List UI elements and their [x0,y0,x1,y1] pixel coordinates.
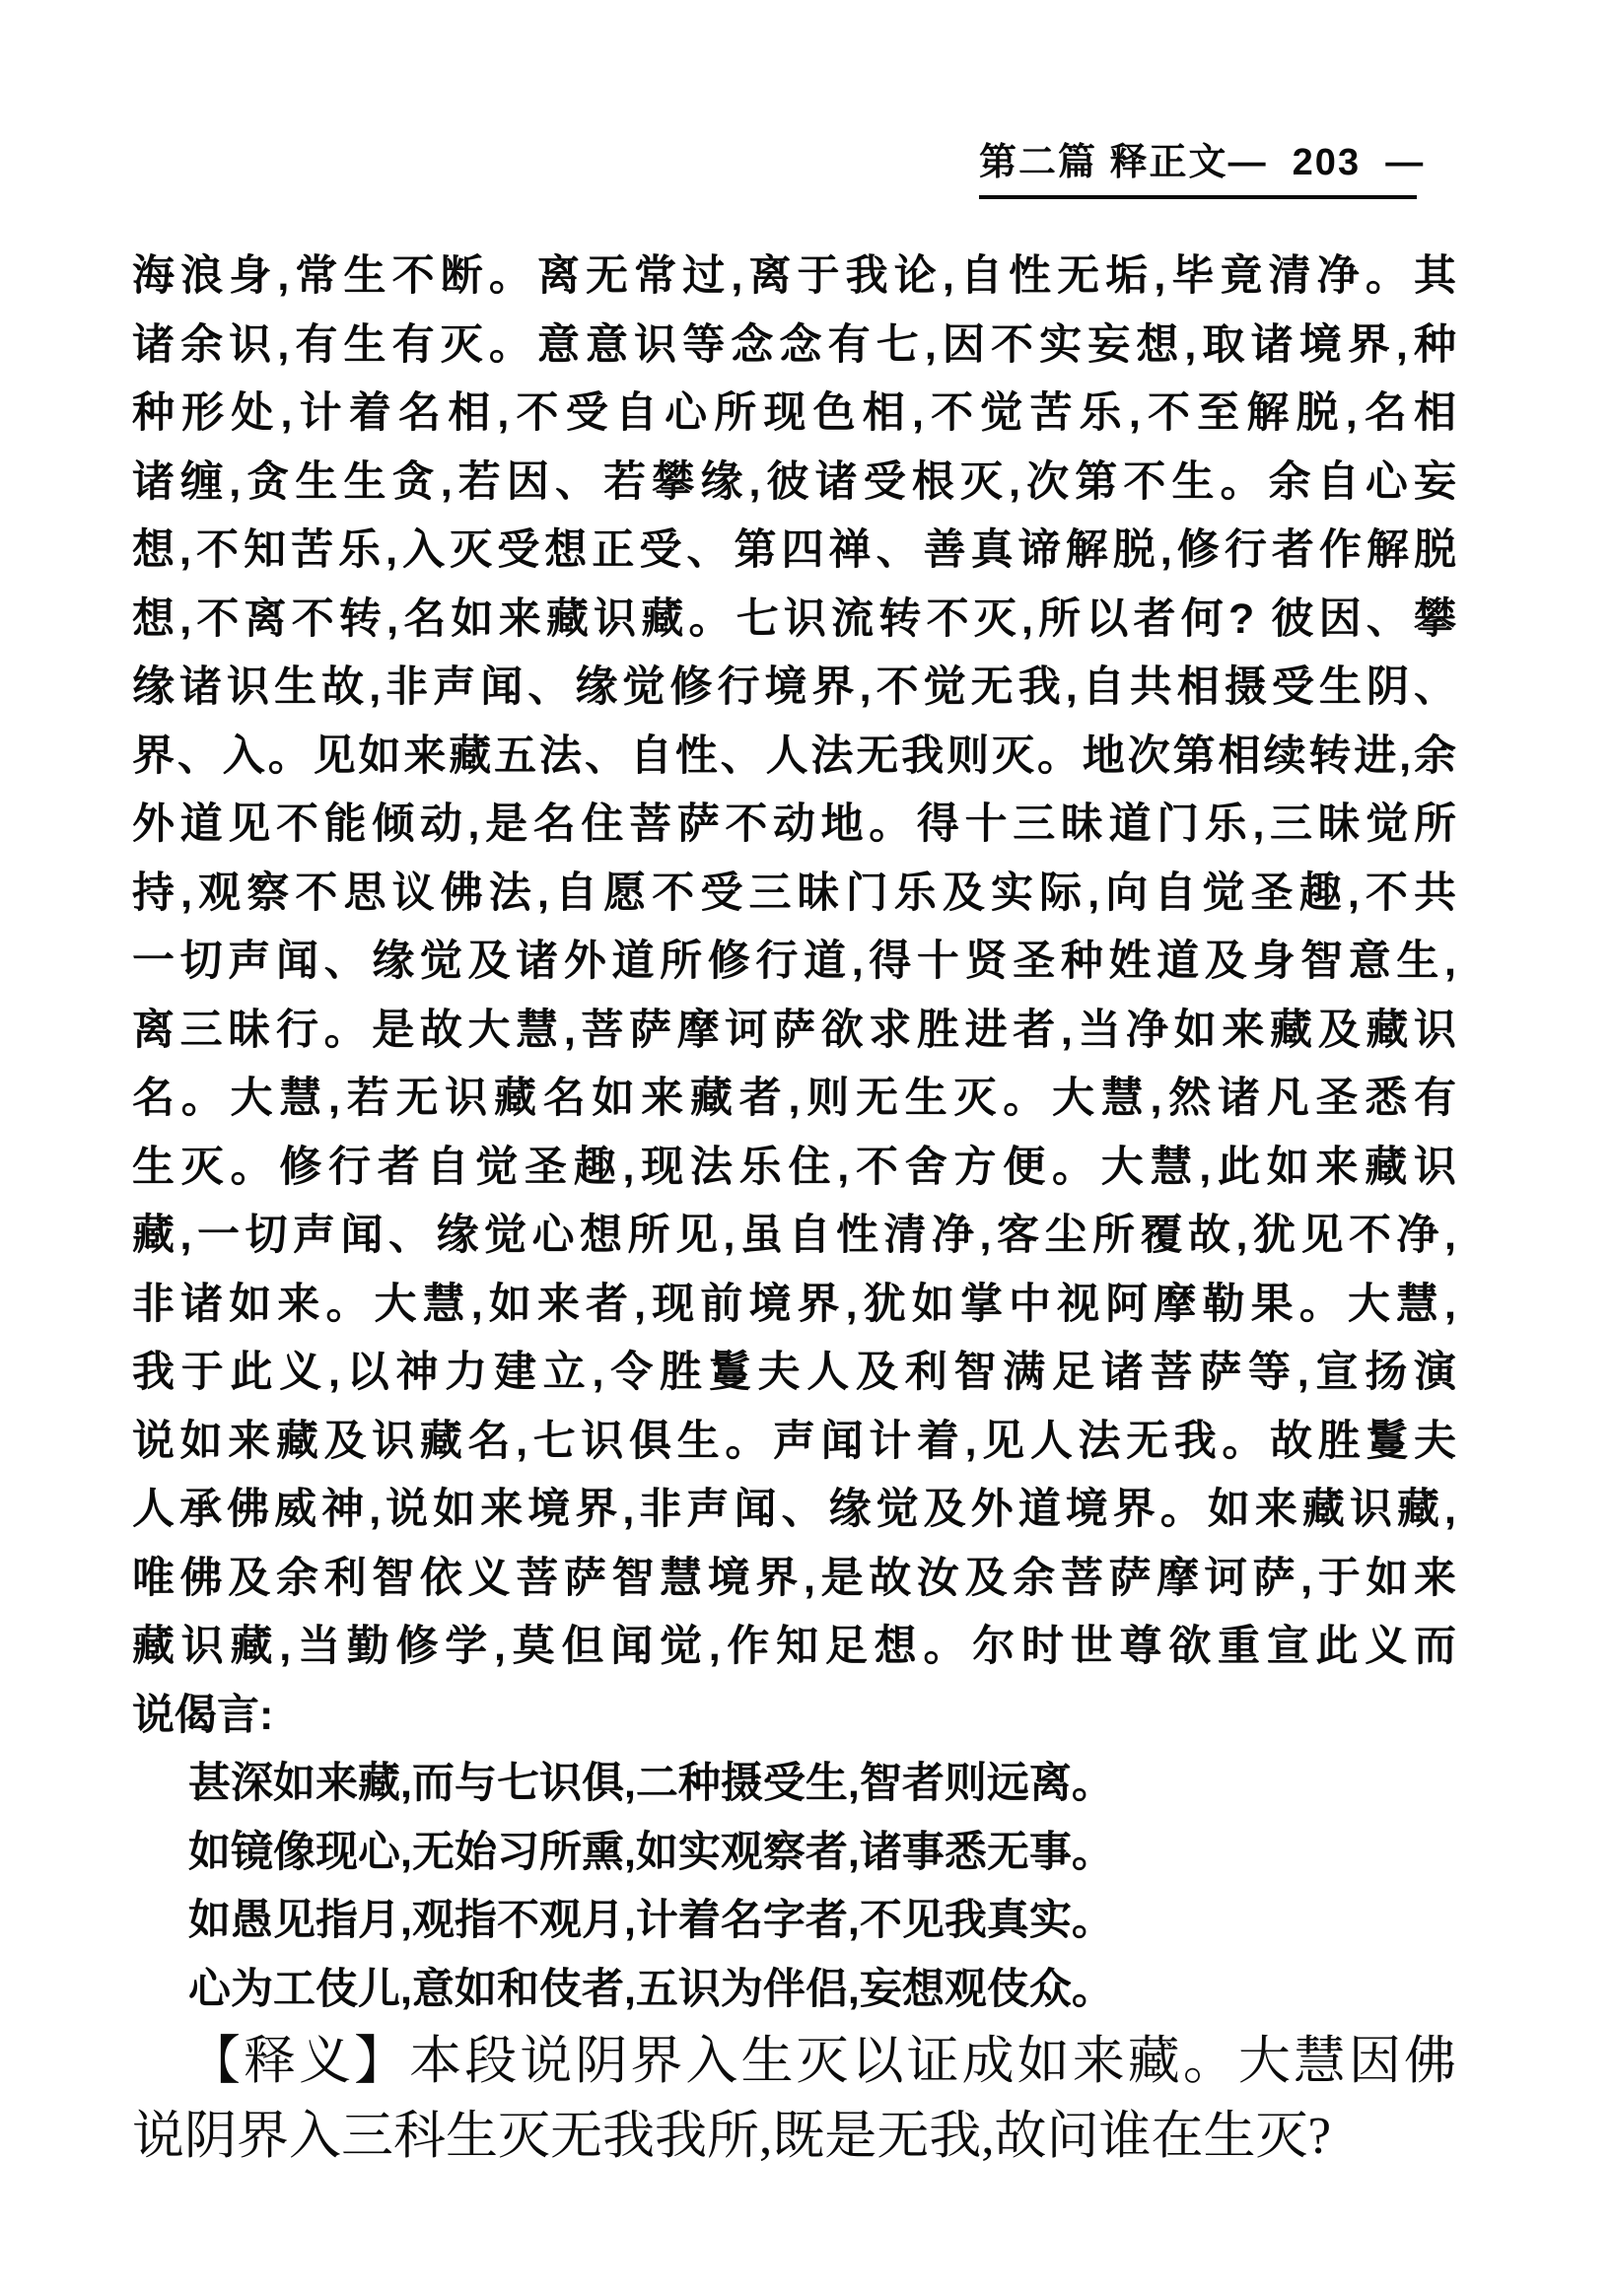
sutra-text-line: 唯佛及余利智依义菩萨智慧境界,是故汝及余菩萨摩诃萨,于如来 [132,1545,1456,1614]
sutra-text-line: 缘诸识生故,非声闻、缘觉修行境界,不觉无我,自共相摄受生阴、 [132,654,1456,723]
sutra-text-line: 一切声闻、缘觉及诸外道所修行道,得十贤圣种姓道及身智意生, [132,928,1456,997]
gatha-verses: 甚深如来藏,而与七识俱,二种摄受生,智者则远离。如镜像现心,无始习所熏,如实观察… [132,1750,1456,2024]
section-title: 第二篇 释正文 [979,131,1228,185]
sutra-paragraph: 海浪身,常生不断。离无常过,离于我论,自性无垢,毕竟清净。其诸余识,有生有灭。意… [132,243,1456,1750]
sutra-text-line: 人承佛威神,说如来境界,非声闻、缘觉及外道境界。如来藏识藏, [132,1476,1456,1545]
sutra-text-line: 名。大慧,若无识藏名如来藏者,则无生灭。大慧,然诸凡圣悉有 [132,1065,1456,1134]
sutra-text-line: 说如来藏及识藏名,七识俱生。声闻计着,见人法无我。故胜鬘夫 [132,1408,1456,1477]
scripture-text-column: 海浪身,常生不断。离无常过,离于我论,自性无垢,毕竟清净。其诸余识,有生有灭。意… [132,243,1456,2174]
sutra-text-line: 种形处,计着名相,不受自心所现色相,不觉苦乐,不至解脱,名相 [132,380,1456,449]
page-header: 第二篇 释正文 — 203 — [979,131,1417,199]
verse-line: 如愚见指月,观指不观月,计着名字者,不见我真实。 [132,1887,1456,1956]
sutra-text-line: 离三昧行。是故大慧,菩萨摩诃萨欲求胜进者,当净如来藏及藏识 [132,997,1456,1066]
sutra-text-line: 藏识藏,当勤修学,莫但闻觉,作知足想。尔时世尊欲重宣此义而 [132,1613,1456,1682]
page-number: — 203 — [1228,142,1426,184]
sutra-text-line: 持,观察不思议佛法,自愿不受三昧门乐及实际,向自觉圣趣,不共 [132,860,1456,929]
verse-line: 心为工伎儿,意如和伎者,五识为伴侣,妄想观伎众。 [132,1956,1456,2025]
sutra-text-line: 诸缠,贪生生贪,若因、若攀缘,彼诸受根灭,次第不生。余自心妄 [132,449,1456,518]
sutra-text-line: 界、入。见如来藏五法、自性、人法无我则灭。地次第相续转进,余 [132,723,1456,792]
verse-line: 如镜像现心,无始习所熏,如实观察者,诸事悉无事。 [132,1819,1456,1888]
sutra-text-line: 海浪身,常生不断。离无常过,离于我论,自性无垢,毕竟清净。其 [132,243,1456,312]
annotation-paragraph: 【释义】本段说阴界入生灭以证成如来藏。大慧因佛说阴界入三科生灭无我我所,既是无我… [132,2024,1456,2174]
sutra-text-line: 诸余识,有生有灭。意意识等念念有七,因不实妄想,取诸境界,种 [132,312,1456,381]
sutra-text-line: 想,不离不转,名如来藏识藏。七识流转不灭,所以者何? 彼因、攀 [132,586,1456,655]
annotation-line: 【释义】本段说阴界入生灭以证成如来藏。大慧因佛 [132,2024,1456,2099]
sutra-text-line: 非诸如来。大慧,如来者,现前境界,犹如掌中视阿摩勒果。大慧, [132,1271,1456,1340]
sutra-text-line: 说偈言: [132,1682,1456,1751]
sutra-text-line: 想,不知苦乐,入灭受想正受、第四禅、善真谛解脱,修行者作解脱 [132,517,1456,586]
book-page: 第二篇 释正文 — 203 — 海浪身,常生不断。离无常过,离于我论,自性无垢,… [0,0,1612,2296]
verse-line: 甚深如来藏,而与七识俱,二种摄受生,智者则远离。 [132,1750,1456,1819]
sutra-text-line: 藏,一切声闻、缘觉心想所见,虽自性清净,客尘所覆故,犹见不净, [132,1202,1456,1271]
sutra-text-line: 外道见不能倾动,是名住菩萨不动地。得十三昧道门乐,三昧觉所 [132,791,1456,860]
annotation-line: 说阴界入三科生灭无我我所,既是无我,故问谁在生灭? [132,2099,1456,2174]
sutra-text-line: 生灭。修行者自觉圣趣,现法乐住,不舍方便。大慧,此如来藏识 [132,1134,1456,1203]
sutra-text-line: 我于此义,以神力建立,令胜鬘夫人及利智满足诸菩萨等,宣扬演 [132,1339,1456,1408]
